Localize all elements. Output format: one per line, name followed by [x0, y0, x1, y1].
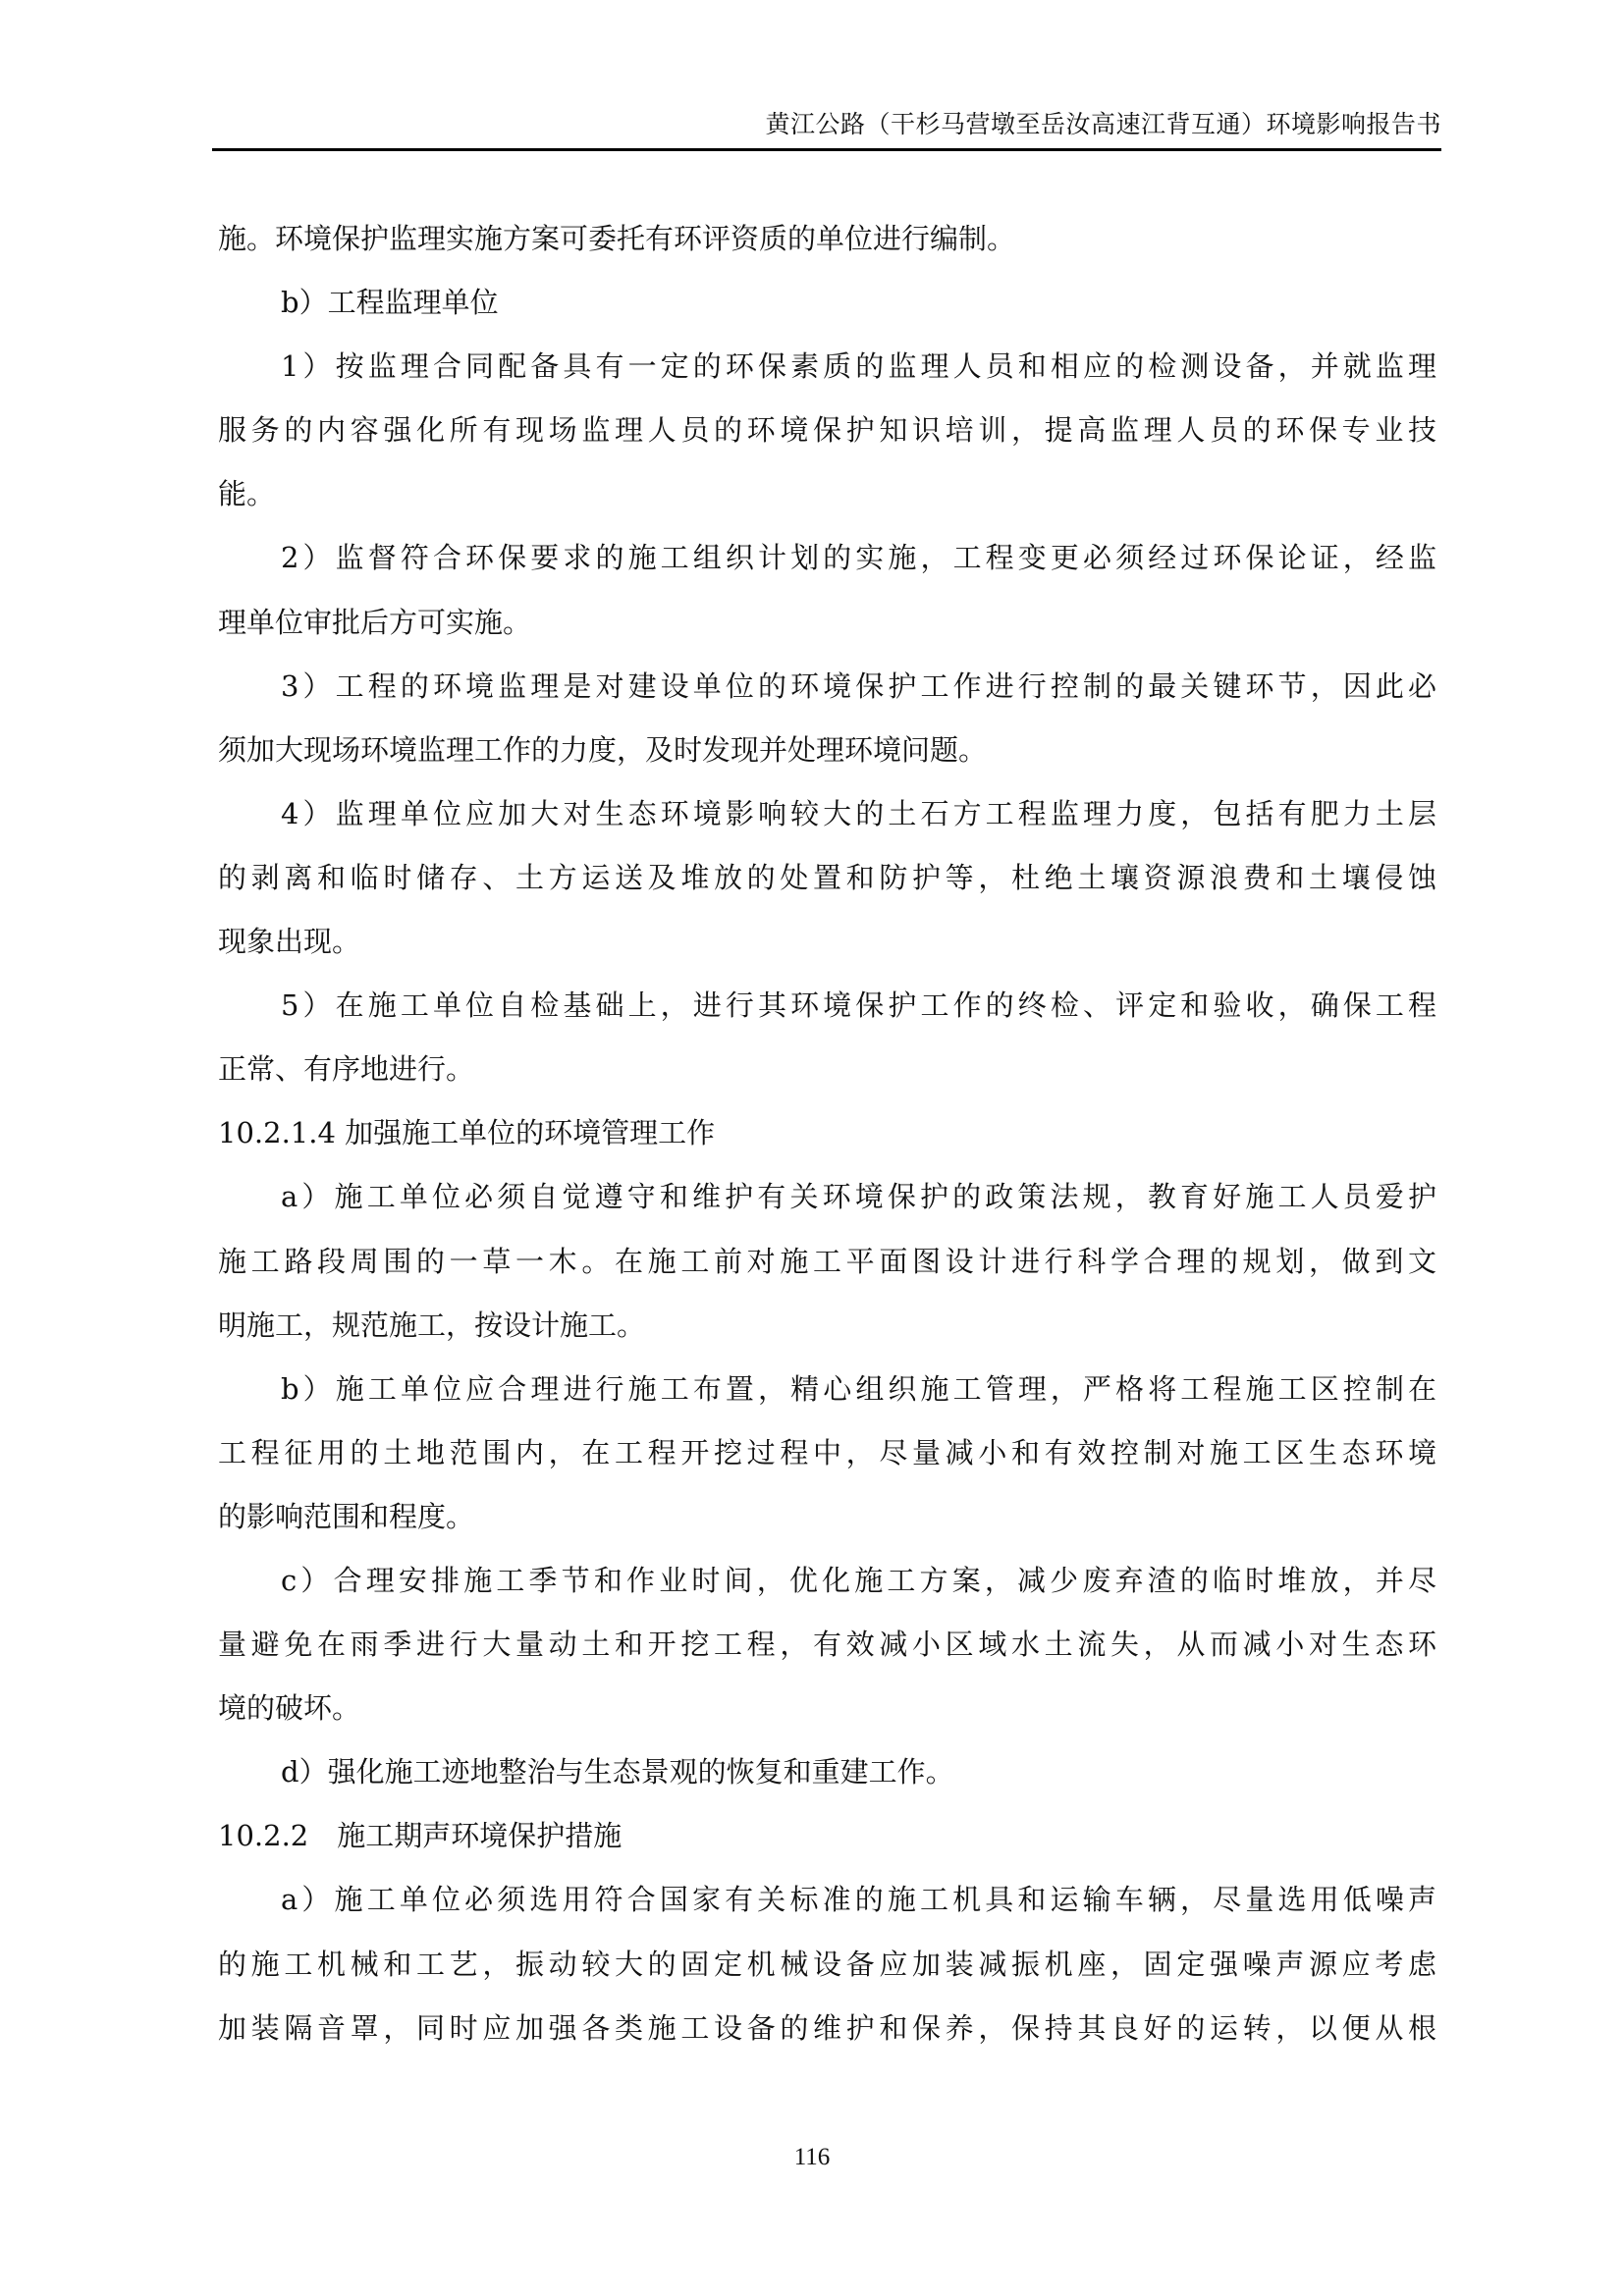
paragraph-line: 的影响范围和程度。 [218, 1485, 1436, 1549]
paragraph-line: 能。 [218, 462, 1436, 526]
paragraph-line: 境的破坏。 [218, 1677, 1436, 1740]
paragraph-line: a）施工单位必须自觉遵守和维护有关环境保护的政策法规，教育好施工人员爱护 [218, 1165, 1436, 1229]
header-rule [212, 148, 1441, 151]
paragraph-line: 4）监理单位应加大对生态环境影响较大的土石方工程监理力度，包括有肥力土层 [218, 782, 1436, 846]
paragraph-line: c）合理安排施工季节和作业时间，优化施工方案，减少废弃渣的临时堆放，并尽 [218, 1549, 1436, 1613]
paragraph-line: 2）监督符合环保要求的施工组织计划的实施，工程变更必须经过环保论证，经监 [218, 526, 1436, 590]
paragraph-line: b）施工单位应合理进行施工布置，精心组织施工管理，严格将工程施工区控制在 [218, 1358, 1436, 1421]
paragraph-line: 量避免在雨季进行大量动土和开挖工程，有效减小区域水土流失，从而减小对生态环 [218, 1613, 1436, 1677]
paragraph-line: 正常、有序地进行。 [218, 1038, 1436, 1101]
paragraph-line: 工程征用的土地范围内，在工程开挖过程中，尽量减小和有效控制对施工区生态环境 [218, 1421, 1436, 1485]
page-number: 116 [0, 2144, 1624, 2171]
paragraph-line: 施工路段周围的一草一木。在施工前对施工平面图设计进行科学合理的规划，做到文 [218, 1230, 1436, 1294]
paragraph-line: 1）按监理合同配备具有一定的环保素质的监理人员和相应的检测设备，并就监理 [218, 335, 1436, 399]
paragraph-line: d）强化施工迹地整治与生态景观的恢复和重建工作。 [218, 1740, 1436, 1804]
paragraph-line: a）施工单位必须选用符合国家有关标准的施工机具和运输车辆，尽量选用低噪声 [218, 1868, 1436, 1932]
paragraph-line: 的施工机械和工艺，振动较大的固定机械设备应加装减振机座，固定强噪声源应考虑 [218, 1933, 1436, 1997]
paragraph-line: 的剥离和临时储存、土方运送及堆放的处置和防护等，杜绝土壤资源浪费和土壤侵蚀 [218, 846, 1436, 910]
paragraph-line: 须加大现场环境监理工作的力度，及时发现并处理环境问题。 [218, 719, 1436, 782]
section-heading: 10.2.1.4 加强施工单位的环境管理工作 [218, 1101, 1436, 1165]
paragraph-line: 3）工程的环境监理是对建设单位的环境保护工作进行控制的最关键环节，因此必 [218, 655, 1436, 719]
running-header: 黄江公路（干杉马营墩至岳汝高速江背互通）环境影响报告书 [212, 108, 1441, 141]
paragraph-line: 5）在施工单位自检基础上，进行其环境保护工作的终检、评定和验收，确保工程 [218, 974, 1436, 1038]
paragraph-line: 服务的内容强化所有现场监理人员的环境保护知识培训，提高监理人员的环保专业技 [218, 399, 1436, 462]
paragraph-line: b）工程监理单位 [218, 271, 1436, 335]
paragraph-line: 施。环境保护监理实施方案可委托有环评资质的单位进行编制。 [218, 207, 1436, 271]
paragraph-line: 现象出现。 [218, 910, 1436, 974]
paragraph-line: 理单位审批后方可实施。 [218, 591, 1436, 655]
body-text: 施。环境保护监理实施方案可委托有环评资质的单位进行编制。b）工程监理单位1）按监… [218, 207, 1436, 2060]
document-page: 黄江公路（干杉马营墩至岳汝高速江背互通）环境影响报告书 施。环境保护监理实施方案… [0, 0, 1624, 2296]
paragraph-line: 明施工，规范施工，按设计施工。 [218, 1294, 1436, 1358]
paragraph-line: 加装隔音罩，同时应加强各类施工设备的维护和保养，保持其良好的运转，以便从根 [218, 1997, 1436, 2060]
section-heading: 10.2.2 施工期声环境保护措施 [218, 1804, 1436, 1868]
